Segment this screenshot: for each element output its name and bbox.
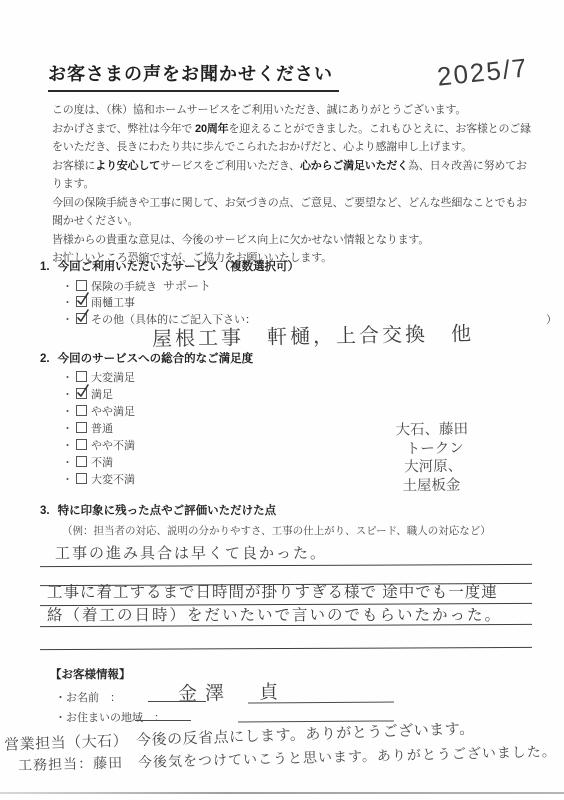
satisfaction-option: ・やや満足 (62, 404, 532, 421)
intro-line: お客様により安心してサービスをご利用いただき、心からご満足いただく為、日々改善に… (52, 157, 532, 194)
question-2-heading: 2.今回のサービスへの総合的なご満足度 (40, 350, 532, 366)
check-icon (76, 290, 90, 304)
answer-rule-line (40, 647, 532, 650)
customer-info-heading: 【お客様情報】 (50, 666, 131, 682)
handwritten-customer-name: 金澤 貞 (178, 677, 286, 706)
satisfaction-option: ・満足 (62, 387, 532, 404)
handwritten-support-note: サポート (163, 279, 211, 293)
handwritten-staff-names: 大石、藤田 トークン 大河原、 土屋板金 (395, 420, 469, 495)
intro-line: おかげさまで、弊社は今年で 20周年を迎えることができました。これもひとえに、お… (52, 120, 532, 157)
question-3-example: （例：担当者の対応、説明の分かりやすさ、工事の仕上がり、スピード、職人の対応など… (62, 523, 532, 538)
region-underline (135, 720, 191, 721)
name-label: ・お名前 ： (55, 689, 121, 705)
region-label: ・お住まいの地域 ： (55, 709, 165, 725)
satisfaction-option: ・大変満足 (62, 370, 532, 387)
checkbox-somewhat-dissatisfied (76, 439, 87, 450)
checkbox-very-dissatisfied (76, 473, 87, 484)
checkbox-somewhat-satisfied (76, 405, 87, 416)
check-icon (76, 307, 90, 321)
handwritten-comment-3: 絡（着工の日時）をだいたいで言いのでもらいたかった。 (47, 603, 502, 625)
other-close-paren: ） (546, 312, 557, 329)
intro-line: 皆様からの貴重な意見は、今後のサービス向上に欠かせない情報となります。 (52, 231, 532, 250)
handwritten-date: 2025/7 (436, 52, 530, 92)
checkbox-satisfied (76, 388, 87, 399)
page-title: お客さまの声をお聞かせください (48, 60, 339, 92)
question-3-impressions: 3.特に印象に残った点やご評価いただけた点 （例：担当者の対応、説明の分かりやす… (40, 502, 532, 538)
scan-bottom-edge (0, 792, 564, 794)
checkbox-other (76, 313, 87, 324)
question-3-heading: 3.特に印象に残った点やご評価いただけた点 (40, 502, 532, 518)
intro-paragraphs: この度は、（株）協和ホームサービスをご利用いただき、誠にありがとうございます。 … (52, 101, 532, 268)
checkbox-neutral (76, 422, 87, 433)
handwritten-comment-1: 工事の進み具合は早くて良かった。 (55, 542, 327, 563)
service-option-gutter: ・雨樋工事 (62, 295, 532, 312)
service-option-insurance: ・保険の手続きサポート (62, 278, 532, 295)
intro-line: 今回の保険手続きや工事に関して、お気づきの点、ご意見、ご要望など、どんな些細なこ… (52, 194, 532, 231)
answer-rule-line (40, 564, 532, 567)
intro-line: この度は、（株）協和ホームサービスをご利用いただき、誠にありがとうございます。 (52, 101, 532, 120)
handwritten-other-entry: 屋根工事 軒樋，上合交換 他 (152, 317, 474, 352)
scanned-survey-form: お客さまの声をお聞かせください 2025/7 この度は、（株）協和ホームサービス… (0, 0, 564, 800)
checkbox-gutter (76, 296, 87, 307)
question-1-heading: 1.今回ご利用いただいたサービス（複数選択可） (40, 258, 532, 274)
checkbox-very-satisfied (76, 371, 87, 382)
handwritten-comment-2: 工事に着工するまで日時間が掛りすぎる様で 途中でも一度連 (47, 580, 498, 602)
checkbox-dissatisfied (76, 456, 87, 467)
check-icon (76, 382, 90, 396)
